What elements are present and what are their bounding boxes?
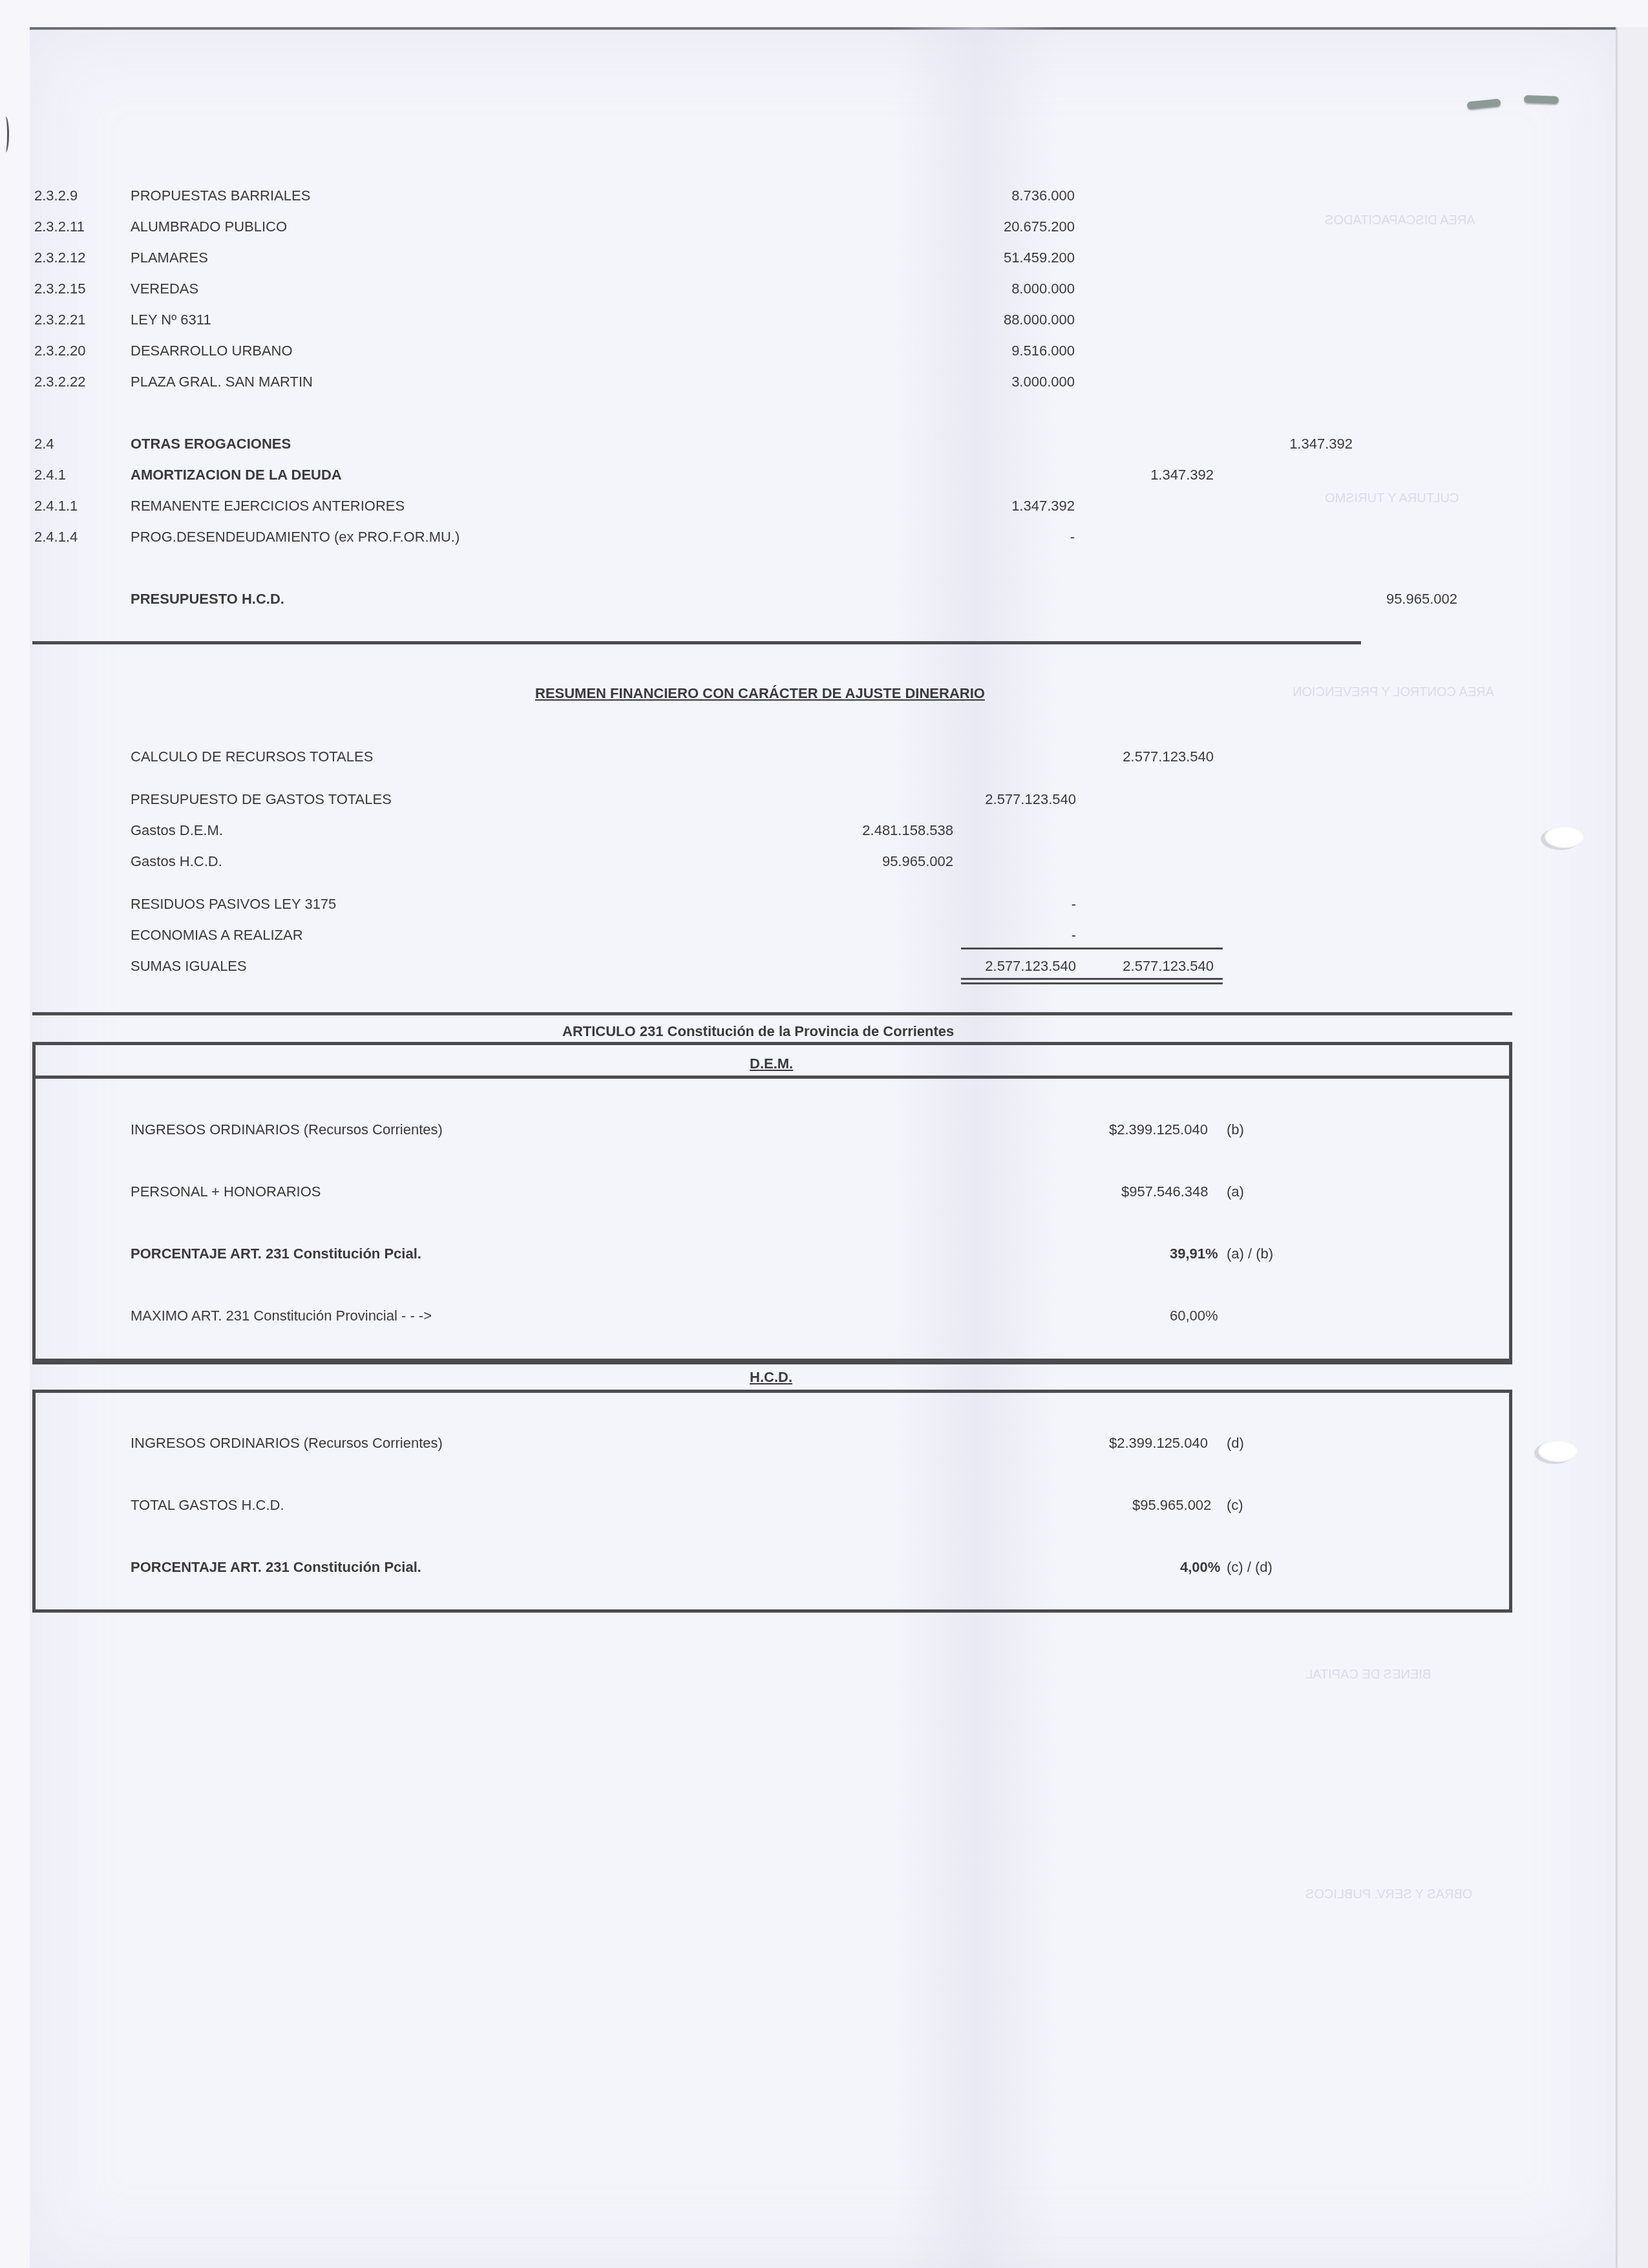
item-label: DESARROLLO URBANO xyxy=(131,343,293,359)
gastos-amount: 2.577.123.540 xyxy=(908,791,1076,808)
residuos-label: RESIDUOS PASIVOS LEY 3175 xyxy=(131,896,336,913)
dem-porcentaje-label: PORCENTAJE ART. 231 Constitución Pcial. xyxy=(131,1245,421,1262)
sumas-right: 2.577.123.540 xyxy=(1046,958,1214,975)
hcd-total-ref: (c) xyxy=(1227,1497,1243,1514)
item-code: 2.3.2.15 xyxy=(34,281,86,297)
sum-rule xyxy=(961,948,1223,949)
dem-ingresos-value: $2.399.125.040 xyxy=(1109,1121,1208,1138)
item-label: VEREDAS xyxy=(131,281,198,297)
hcd-porcentaje-value: 4,00% xyxy=(1180,1559,1220,1576)
hcd-ingresos-label: INGRESOS ORDINARIOS (Recursos Corrientes… xyxy=(131,1435,443,1452)
dem-personal-value: $957.546.348 xyxy=(1121,1183,1209,1200)
item-code: 2.3.2.22 xyxy=(34,374,86,390)
recursos-amount: 2.577.123.540 xyxy=(1046,748,1214,765)
gastos-hcd-amount: 95.965.002 xyxy=(785,853,953,870)
item-code: 2.3.2.20 xyxy=(34,343,86,359)
binding-mark xyxy=(2,116,9,153)
dem-personal-label: PERSONAL + HONORARIOS xyxy=(131,1183,321,1200)
item-code: 2.4.1.1 xyxy=(34,498,78,514)
item-code: 2.3.2.12 xyxy=(34,249,86,266)
dem-porcentaje-value: 39,91% xyxy=(1170,1245,1218,1262)
hcd-porcentaje-label: PORCENTAJE ART. 231 Constitución Pcial. xyxy=(131,1559,421,1576)
header-rule xyxy=(32,1076,1512,1079)
economias-label: ECONOMIAS A REALIZAR xyxy=(131,927,303,944)
item-amount: - xyxy=(907,529,1075,546)
item-label: PLAMARES xyxy=(131,249,208,266)
double-rule xyxy=(961,982,1223,984)
dem-ingresos-label: INGRESOS ORDINARIOS (Recursos Corrientes… xyxy=(131,1121,443,1138)
presupuesto-hcd-label: PRESUPUESTO H.C.D. xyxy=(131,591,284,608)
item-label: ALUMBRADO PUBLICO xyxy=(131,218,287,235)
hcd-total-value: $95.965.002 xyxy=(1132,1497,1211,1514)
section-amount: 1.347.392 xyxy=(1185,436,1353,452)
item-label: PROG.DESENDEUDAMIENTO (ex PRO.F.OR.MU.) xyxy=(131,529,460,546)
dem-personal-ref: (a) xyxy=(1227,1183,1244,1200)
item-code: 2.3.2.21 xyxy=(34,312,86,328)
gastos-dem-amount: 2.481.158.538 xyxy=(785,822,953,839)
punch-hole-icon xyxy=(1545,826,1585,848)
show-through-text: OBRAS Y SERV. PUBLICOS xyxy=(1305,1887,1472,1902)
dem-ingresos-ref: (b) xyxy=(1227,1121,1244,1138)
show-through-text: CULTURA Y TURISMO xyxy=(1325,491,1459,506)
hcd-ingresos-value: $2.399.125.040 xyxy=(1109,1435,1208,1452)
item-amount: 9.516.000 xyxy=(907,343,1075,359)
resumen-title: RESUMEN FINANCIERO CON CARÁCTER DE AJUST… xyxy=(535,685,985,702)
item-amount: 51.459.200 xyxy=(907,249,1075,266)
subsection-amount: 1.347.392 xyxy=(1046,467,1214,483)
show-through-text: AREA DISCAPACITADOS xyxy=(1325,213,1475,228)
item-amount: 8.000.000 xyxy=(907,281,1075,297)
subsection-title: AMORTIZACION DE LA DEUDA xyxy=(131,467,342,483)
recursos-label: CALCULO DE RECURSOS TOTALES xyxy=(131,748,373,765)
double-rule xyxy=(961,978,1223,980)
hcd-total-label: TOTAL GASTOS H.C.D. xyxy=(131,1497,284,1514)
hcd-porcentaje-ref: (c) / (d) xyxy=(1227,1559,1273,1576)
item-label: LEY Nº 6311 xyxy=(131,312,211,328)
header-rule xyxy=(32,1359,1512,1362)
section-code: 2.4 xyxy=(34,436,54,452)
residuos-amount: - xyxy=(908,896,1076,913)
item-amount: 1.347.392 xyxy=(907,498,1075,514)
item-code: 2.4.1.4 xyxy=(34,529,78,546)
hcd-ingresos-ref: (d) xyxy=(1227,1435,1244,1452)
item-amount: 88.000.000 xyxy=(907,312,1075,328)
item-amount: 8.736.000 xyxy=(907,187,1075,204)
dem-header: D.E.M. xyxy=(750,1055,793,1072)
sumas-label: SUMAS IGUALES xyxy=(131,958,247,975)
presupuesto-hcd-amount: 95.965.002 xyxy=(1289,591,1457,608)
economias-amount: - xyxy=(908,927,1076,944)
item-code: 2.3.2.11 xyxy=(34,218,85,235)
section-title: OTRAS EROGACIONES xyxy=(131,436,291,452)
item-label: PLAZA GRAL. SAN MARTIN xyxy=(131,374,313,390)
item-label: REMANENTE EJERCICIOS ANTERIORES xyxy=(131,498,405,514)
staple-icon xyxy=(1524,95,1559,104)
punch-hole-icon xyxy=(1538,1440,1578,1462)
section-divider xyxy=(32,1012,1512,1015)
hcd-header: H.C.D. xyxy=(750,1369,792,1386)
dem-maximo-label: MAXIMO ART. 231 Constitución Provincial … xyxy=(131,1308,432,1324)
subsection-code: 2.4.1 xyxy=(34,467,66,483)
dem-porcentaje-ref: (a) / (b) xyxy=(1227,1245,1273,1262)
show-through-text: BIENES DE CAPITAL xyxy=(1305,1668,1431,1682)
section-divider xyxy=(32,641,1361,644)
item-label: PROPUESTAS BARRIALES xyxy=(131,187,310,204)
page-edge xyxy=(1616,27,1648,2268)
gastos-dem-label: Gastos D.E.M. xyxy=(131,822,223,839)
item-amount: 20.675.200 xyxy=(907,218,1075,235)
item-amount: 3.000.000 xyxy=(907,374,1075,390)
gastos-label: PRESUPUESTO DE GASTOS TOTALES xyxy=(131,791,392,808)
gastos-hcd-label: Gastos H.C.D. xyxy=(131,853,222,870)
show-through-text: AREA CONTROL Y PREVENCION xyxy=(1293,685,1494,700)
articulo-title: ARTICULO 231 Constitución de la Provinci… xyxy=(562,1023,954,1040)
dem-maximo-value: 60,00% xyxy=(1170,1308,1218,1324)
item-code: 2.3.2.9 xyxy=(34,187,78,204)
